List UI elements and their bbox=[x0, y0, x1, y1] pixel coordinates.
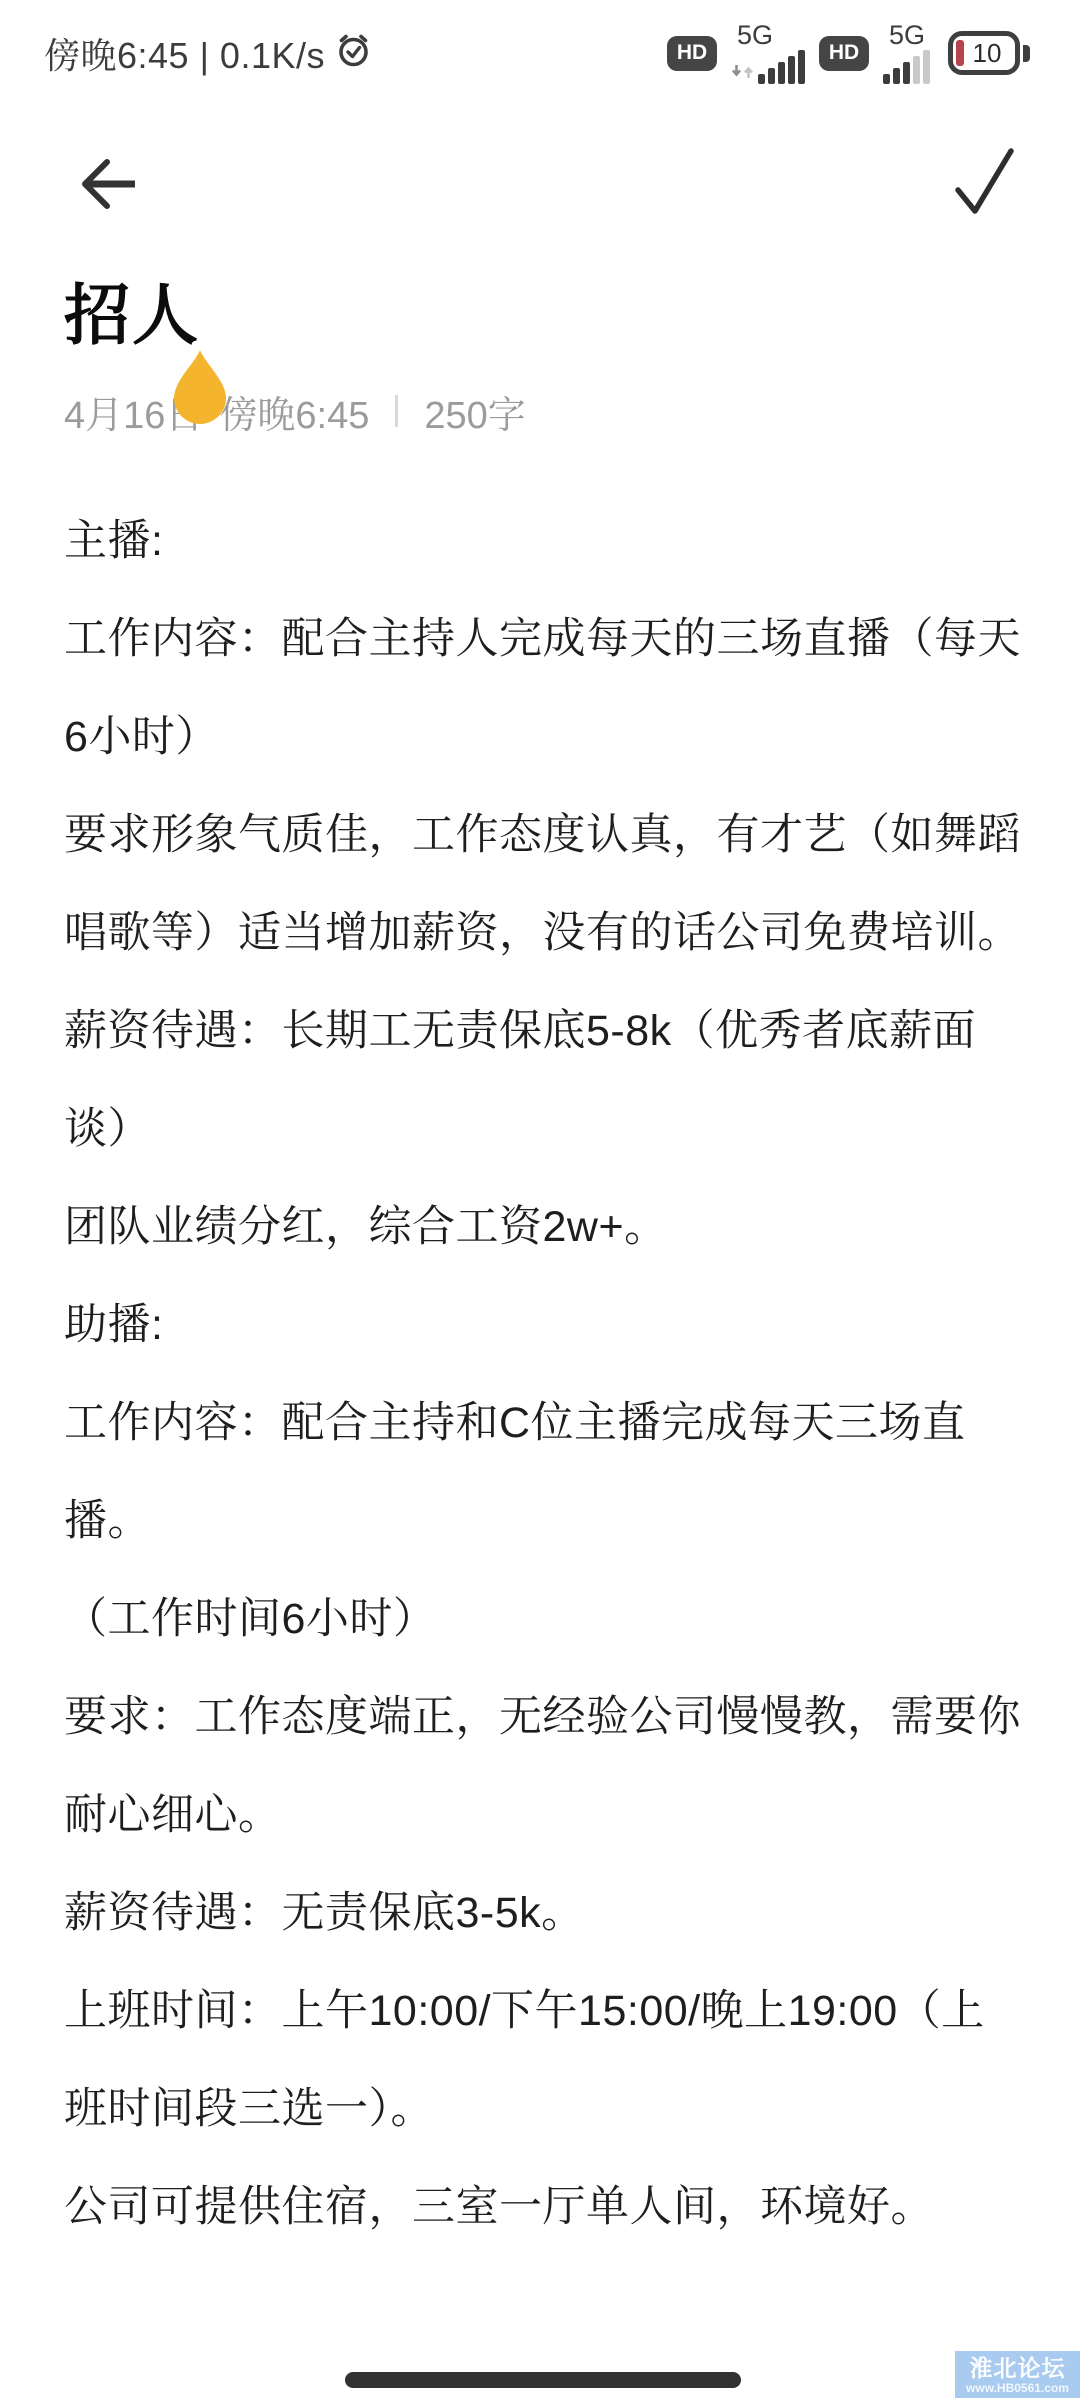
note-line: 助播: bbox=[64, 1276, 1040, 1374]
network-type-sim1: 5G bbox=[737, 22, 773, 48]
note-line: 耐心细心。 bbox=[64, 1766, 1040, 1864]
battery-level-indicator bbox=[956, 40, 964, 66]
signal-bars-sim2-icon bbox=[883, 48, 930, 84]
watermark-site-url: www.HB0561.com bbox=[966, 2381, 1069, 2395]
note-line: 团队业绩分红，综合工资2w+。 bbox=[64, 1178, 1040, 1276]
network-type-sim2: 5G bbox=[889, 22, 925, 48]
back-button[interactable] bbox=[72, 148, 148, 224]
signal-bars-sim1-icon bbox=[758, 48, 805, 84]
note-line: 工作内容：配合主持和C位主播完成每天三场直 bbox=[64, 1374, 1040, 1472]
watermark: 淮北论坛 www.HB0561.com bbox=[955, 2351, 1080, 2398]
status-bar: 傍晚6:45 | 0.1K/s HD 5G bbox=[0, 0, 1080, 96]
volte-hd-icon-sim2: HD bbox=[819, 36, 869, 71]
status-right: HD 5G HD 5G bbox=[667, 22, 1030, 84]
save-note-button[interactable] bbox=[944, 140, 1024, 226]
volte-hd-icon-sim1: HD bbox=[667, 36, 717, 71]
note-line: 唱歌等）适当增加薪资，没有的话公司免费培训。 bbox=[64, 884, 1040, 982]
signal-sim2: 5G bbox=[883, 22, 930, 84]
note-time: 傍晚6:45 bbox=[219, 384, 369, 439]
note-line: 谈） bbox=[64, 1080, 1040, 1178]
note-line: 上班时间：上午10:00/下午15:00/晚上19:00（上 bbox=[64, 1962, 1040, 2060]
status-time-netspeed: 傍晚6:45 | 0.1K/s bbox=[44, 28, 325, 79]
home-indicator-bar[interactable] bbox=[345, 2372, 741, 2388]
note-editor-toolbar bbox=[0, 138, 1080, 238]
note-line: 公司可提供住宿，三室一厅单人间，环境好。 bbox=[64, 2158, 1040, 2256]
network-activity-arrows-icon bbox=[731, 64, 755, 84]
meta-divider bbox=[395, 395, 398, 427]
note-line: 6小时） bbox=[64, 688, 1040, 786]
watermark-site-name: 淮北论坛 bbox=[970, 2355, 1066, 2381]
arrow-left-icon bbox=[77, 155, 143, 218]
battery-icon: 10 bbox=[948, 31, 1030, 75]
note-title-field[interactable]: 招人 bbox=[64, 262, 200, 357]
note-line: 工作内容：配合主持人完成每天的三场直播（每天 bbox=[64, 590, 1040, 688]
text-cursor-handle-icon[interactable] bbox=[174, 350, 226, 424]
battery-cap bbox=[1023, 45, 1030, 62]
signal-sim1: 5G bbox=[731, 22, 805, 84]
alarm-clock-icon bbox=[335, 32, 372, 74]
note-line: 要求形象气质佳，工作态度认真，有才艺（如舞蹈 bbox=[64, 786, 1040, 884]
note-line: 主播: bbox=[64, 492, 1040, 590]
note-char-count: 250字 bbox=[424, 384, 525, 439]
checkmark-icon bbox=[951, 143, 1017, 224]
note-meta: 4月16日 傍晚6:45 250字 bbox=[64, 388, 526, 434]
note-line: 薪资待遇：无责保底3-5k。 bbox=[64, 1864, 1040, 1962]
battery-percent: 10 bbox=[973, 38, 1002, 69]
note-line: （工作时间6小时） bbox=[64, 1570, 1040, 1668]
note-line: 播。 bbox=[64, 1472, 1040, 1570]
note-line: 班时间段三选一）。 bbox=[64, 2060, 1040, 2158]
note-line: 薪资待遇：长期工无责保底5-8k（优秀者底薪面 bbox=[64, 982, 1040, 1080]
notes-app-screen: 傍晚6:45 | 0.1K/s HD 5G bbox=[0, 0, 1080, 2400]
status-left: 傍晚6:45 | 0.1K/s bbox=[44, 28, 372, 79]
note-body-editor[interactable]: 主播:工作内容：配合主持人完成每天的三场直播（每天6小时）要求形象气质佳，工作态… bbox=[64, 492, 1040, 2330]
note-line: 要求：工作态度端正，无经验公司慢慢教，需要你 bbox=[64, 1668, 1040, 1766]
